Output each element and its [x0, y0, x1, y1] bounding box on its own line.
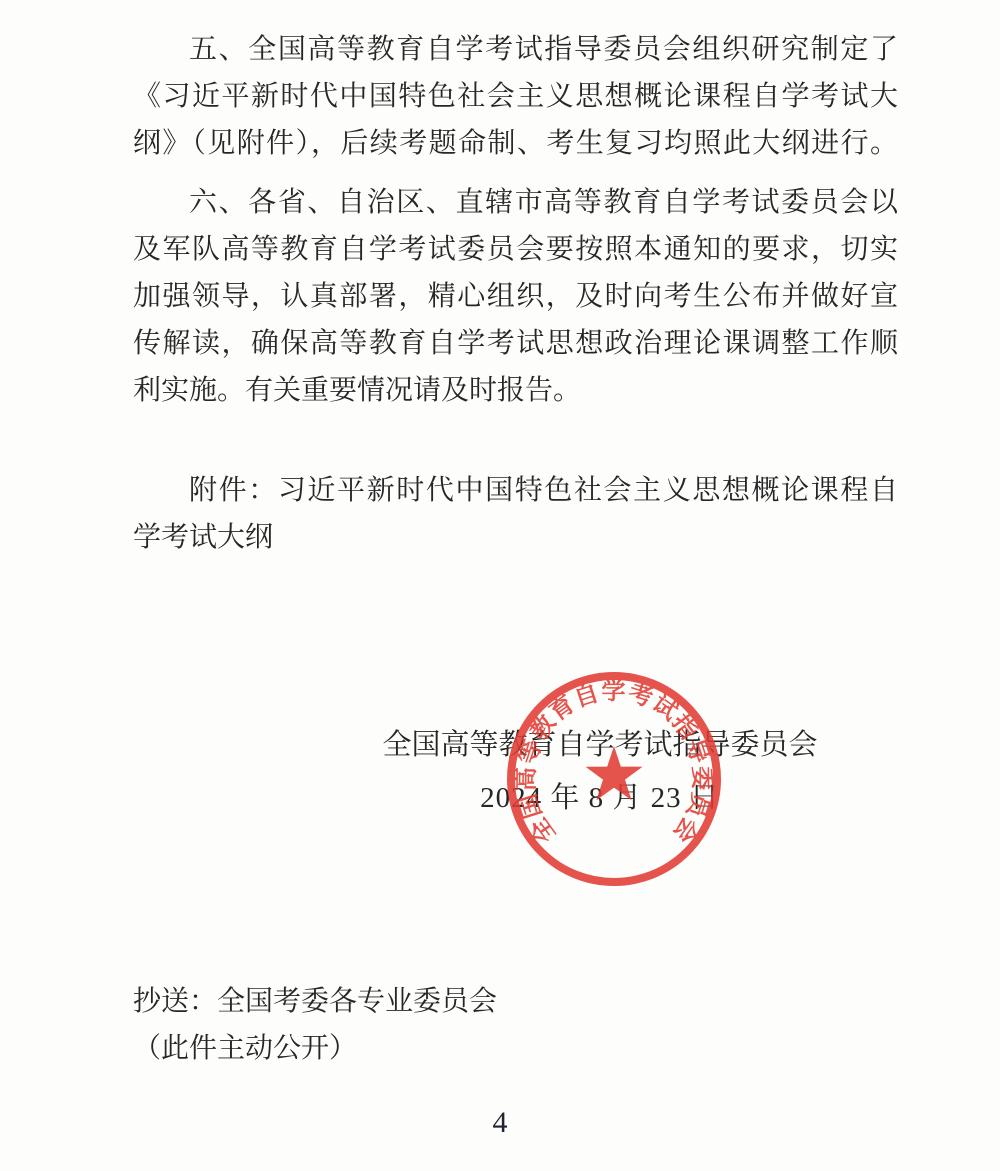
- body-line: 纲》（见附件），后续考题命制、考生复习均照此大纲进行。: [133, 120, 898, 167]
- body-line: 五、全国高等教育自学考试指导委员会组织研究制定了: [133, 26, 898, 73]
- body-line: 利实施。有关重要情况请及时报告。: [133, 367, 898, 414]
- signature-block: 全国高等教育自学考试指导委员会 2024 年 8 月 23 日: [340, 722, 860, 822]
- document-page: 五、全国高等教育自学考试指导委员会组织研究制定了 《习近平新时代中国特色社会主义…: [0, 0, 1000, 1171]
- paragraph-six: 六、各省、自治区、直辖市高等教育自学考试委员会以 及军队高等教育自学考试委员会要…: [133, 179, 898, 414]
- body-line: 《习近平新时代中国特色社会主义思想概论课程自学考试大: [133, 73, 898, 120]
- body-line: 加强领导，认真部署，精心组织，及时向考生公布并做好宣: [133, 273, 898, 320]
- page-number: 4: [0, 1106, 1000, 1140]
- paragraph-five: 五、全国高等教育自学考试指导委员会组织研究制定了 《习近平新时代中国特色社会主义…: [133, 26, 898, 167]
- attachment-line: 附件：习近平新时代中国特色社会主义思想概论课程自: [133, 467, 898, 514]
- body-line: 六、各省、自治区、直辖市高等教育自学考试委员会以: [133, 179, 898, 226]
- cc-line: 抄送：全国考委各专业委员会: [133, 978, 898, 1025]
- document-body: 五、全国高等教育自学考试指导委员会组织研究制定了 《习近平新时代中国特色社会主义…: [133, 26, 898, 561]
- document-footer: 抄送：全国考委各专业委员会 （此件主动公开）: [133, 978, 898, 1072]
- body-line: 及军队高等教育自学考试委员会要按照本通知的要求，切实: [133, 226, 898, 273]
- attachment-line: 学考试大纲: [133, 514, 898, 561]
- body-line: 传解读，确保高等教育自学考试思想政治理论课调整工作顺: [133, 320, 898, 367]
- issuing-organization: 全国高等教育自学考试指导委员会: [340, 722, 860, 769]
- disclosure-line: （此件主动公开）: [133, 1025, 898, 1072]
- issue-date: 2024 年 8 月 23 日: [340, 775, 860, 822]
- attachment-note: 附件：习近平新时代中国特色社会主义思想概论课程自 学考试大纲: [133, 467, 898, 561]
